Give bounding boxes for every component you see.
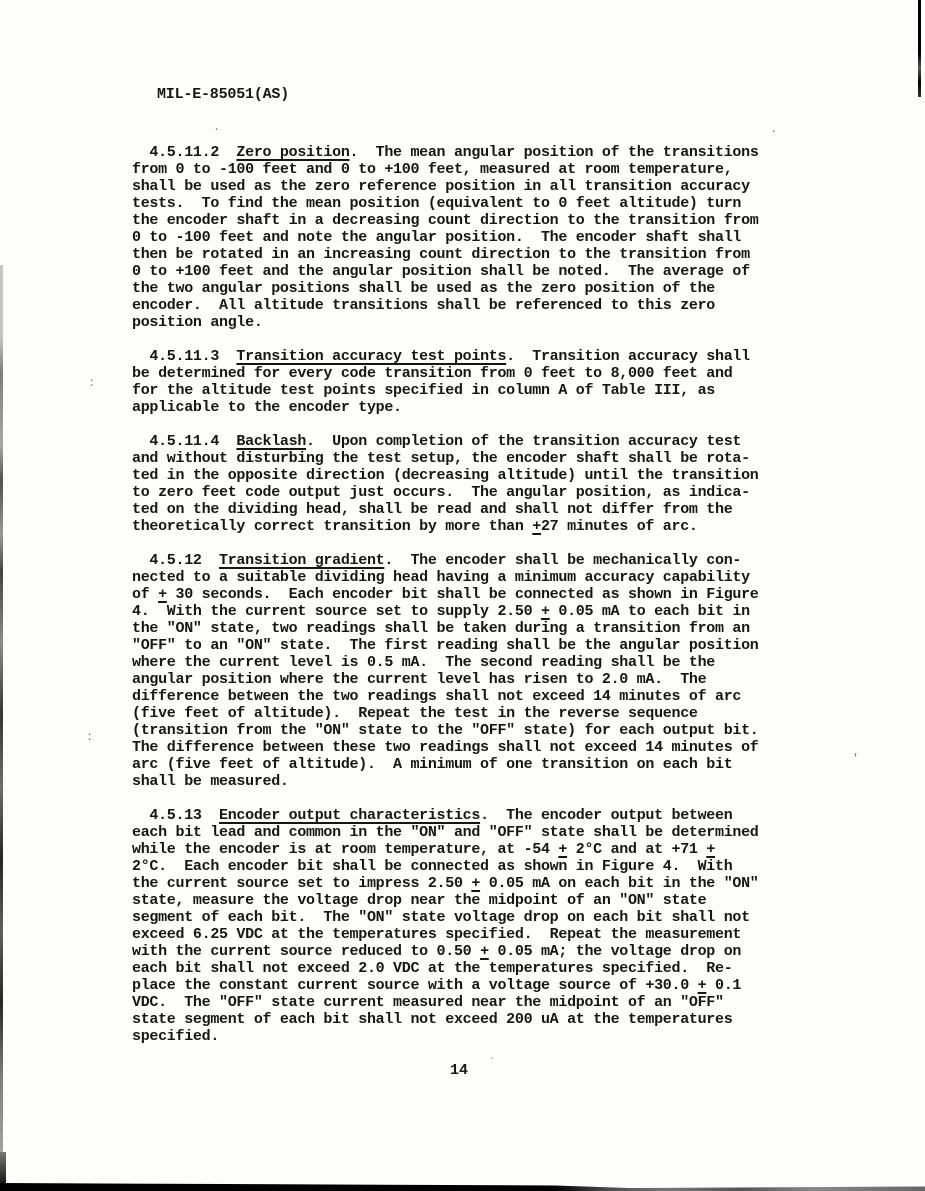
scan-noise-mark: ` <box>488 1056 495 1070</box>
scan-noise-mark: : <box>86 730 93 744</box>
text-line: VDC. The "OFF" state current measured ne… <box>132 994 812 1011</box>
text-line: 4.5.12 Transition gradient. The encoder … <box>132 552 812 569</box>
text-line: 4. With the current source set to supply… <box>132 603 812 620</box>
text-line: 4.5.13 Encoder output characteristics. T… <box>132 807 812 824</box>
text-line: and without disturbing the test setup, t… <box>132 450 812 467</box>
text-line: the current source set to impress 2.50 +… <box>132 875 812 892</box>
text-line: each bit lead and common in the "ON" and… <box>132 824 812 841</box>
text-line: difference between the two readings shal… <box>132 688 812 705</box>
text-line: shall be used as the zero reference posi… <box>132 178 812 195</box>
paragraph-4.5.13: 4.5.13 Encoder output characteristics. T… <box>132 807 812 1045</box>
text-line: the encoder shaft in a decreasing count … <box>132 212 812 229</box>
text-line: each bit shall not exceed 2.0 VDC at the… <box>132 960 812 977</box>
scan-noise-mark: : <box>88 376 95 390</box>
document-body-text: 4.5.11.2 Zero position. The mean angular… <box>132 144 812 1045</box>
text-line: nected to a suitable dividing head havin… <box>132 569 812 586</box>
paragraph-4.5.11.3: 4.5.11.3 Transition accuracy test points… <box>132 348 812 416</box>
text-line: the two angular positions shall be used … <box>132 280 812 297</box>
scan-corner-mark-bottom-left <box>0 1152 6 1191</box>
text-line: then be rotated in an increasing count d… <box>132 246 812 263</box>
text-line: the "ON" state, two readings shall be ta… <box>132 620 812 637</box>
scan-noise-mark: . <box>213 120 220 134</box>
text-line: place the constant current source with a… <box>132 977 812 994</box>
text-line: exceed 6.25 VDC at the temperatures spec… <box>132 926 812 943</box>
document-id-header: MIL-E-85051(AS) <box>157 86 289 103</box>
text-line: with the current source reduced to 0.50 … <box>132 943 812 960</box>
text-line: The difference between these two reading… <box>132 739 812 756</box>
text-line: segment of each bit. The "ON" state volt… <box>132 909 812 926</box>
text-line: specified. <box>132 1028 812 1045</box>
text-line: shall be measured. <box>132 773 812 790</box>
text-line: 0 to -100 feet and note the angular posi… <box>132 229 812 246</box>
paragraph-4.5.11.4: 4.5.11.4 Backlash. Upon completion of th… <box>132 433 812 535</box>
text-line: "OFF" to an "ON" state. The first readin… <box>132 637 812 654</box>
text-line: 4.5.11.3 Transition accuracy test points… <box>132 348 812 365</box>
scanned-document-page: MIL-E-85051(AS) 4.5.11.2 Zero position. … <box>0 0 925 1191</box>
text-line: encoder. All altitude transitions shall … <box>132 297 812 314</box>
page-number: 14 <box>450 1062 468 1079</box>
text-line: 0 to +100 feet and the angular position … <box>132 263 812 280</box>
text-line: applicable to the encoder type. <box>132 399 812 416</box>
text-line: to zero feet code output just occurs. Th… <box>132 484 812 501</box>
text-line: where the current level is 0.5 mA. The s… <box>132 654 812 671</box>
text-line: theoretically correct transition by more… <box>132 518 812 535</box>
text-line: position angle. <box>132 314 812 331</box>
scan-edge-line-top-right <box>918 0 921 97</box>
text-line: tests. To find the mean position (equiva… <box>132 195 812 212</box>
scan-noise-mark: . <box>770 122 777 136</box>
text-line: (transition from the "ON" state to the "… <box>132 722 812 739</box>
text-line: of + 30 seconds. Each encoder bit shall … <box>132 586 812 603</box>
paragraph-4.5.12: 4.5.12 Transition gradient. The encoder … <box>132 552 812 790</box>
paragraph-4.5.11.2: 4.5.11.2 Zero position. The mean angular… <box>132 144 812 331</box>
text-line: ted on the dividing head, shall be read … <box>132 501 812 518</box>
text-line: be determined for every code transition … <box>132 365 812 382</box>
text-line: ted in the opposite direction (decreasin… <box>132 467 812 484</box>
scan-edge-band-bottom <box>0 1181 925 1191</box>
scan-edge-line-left <box>0 265 3 1165</box>
text-line: 4.5.11.2 Zero position. The mean angular… <box>132 144 812 161</box>
text-line: state, measure the voltage drop near the… <box>132 892 812 909</box>
text-line: (five feet of altitude). Repeat the test… <box>132 705 812 722</box>
text-line: 2°C. Each encoder bit shall be connected… <box>132 858 812 875</box>
text-line: state segment of each bit shall not exce… <box>132 1011 812 1028</box>
text-line: 4.5.11.4 Backlash. Upon completion of th… <box>132 433 812 450</box>
text-line: arc (five feet of altitude). A minimum o… <box>132 756 812 773</box>
text-line: for the altitude test points specified i… <box>132 382 812 399</box>
scan-noise-mark: ' <box>852 752 859 766</box>
text-line: from 0 to -100 feet and 0 to +100 feet, … <box>132 161 812 178</box>
text-line: while the encoder is at room temperature… <box>132 841 812 858</box>
text-line: angular position where the current level… <box>132 671 812 688</box>
